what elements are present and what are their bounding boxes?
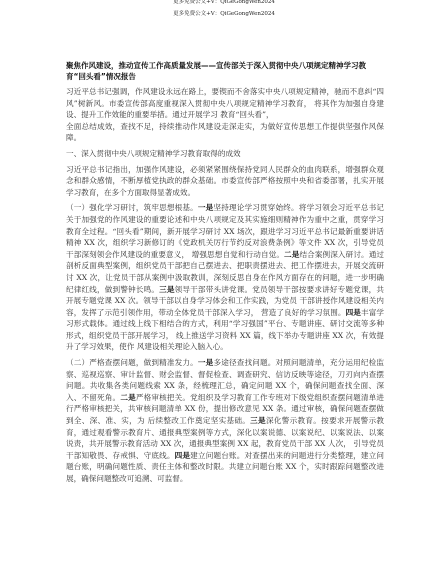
intro-paragraph-1: 习近平总书记强调，作风建设永远在路上，要锲而不舍落实中央八项规定精神，驰而不息纠… <box>66 86 384 121</box>
point-keyword: 二是 <box>120 393 136 402</box>
intro-paragraph-2: 全面总结成效，查找不足，持续推动作风建设走深走实，为做好宣传思想工作提供坚强作风… <box>66 121 384 144</box>
document-title: 聚焦作风建设，推动宣传工作高质量发展——宣传部关于深入贯彻中央八项规定精神学习教… <box>66 60 384 82</box>
watermark-header-2: 更多免费公文+V：QiGeGongWen2024 <box>0 9 448 17</box>
point-keyword: 一是 <box>198 358 214 367</box>
point-keyword: 二是 <box>284 250 299 259</box>
point-keyword: 四是 <box>175 451 191 460</box>
point-keyword: 一是 <box>198 203 214 212</box>
document-body: 聚焦作风建设，推动宣传工作高质量发展——宣传部关于深入贯彻中央八项规定精神学习教… <box>66 60 384 485</box>
section-1-intro: 习近平总书记指出，加强作风建设，必须紧紧围绕保持党同人民群众的血肉联系，增强群众… <box>66 164 384 199</box>
point-keyword: 四是 <box>346 308 361 317</box>
point-keyword: 三是 <box>250 416 266 425</box>
section-1-heading: 一、深入贯彻中央八项规定精神学习教育取得的成效 <box>66 148 384 160</box>
subsection-2-lead: （二）严格查摆问题，做到精准发力。 <box>66 358 198 367</box>
subsection-1-paragraph: （一）强化学习研讨，筑牢思想根基。一是坚持理论学习贯穿始终。将学习领会习近平总书… <box>66 202 384 353</box>
subsection-1-lead: （一）强化学习研讨，筑牢思想根基。 <box>66 203 198 212</box>
watermark-header-1: 更多免费公文+V：QiGeGongWen2024 <box>0 0 448 5</box>
subsection-2-paragraph: （二）严格查摆问题，做到精准发力。一是多途径查找问题。对照问题清单，充分运用纪检… <box>66 357 384 485</box>
point-keyword: 三是 <box>159 285 175 294</box>
